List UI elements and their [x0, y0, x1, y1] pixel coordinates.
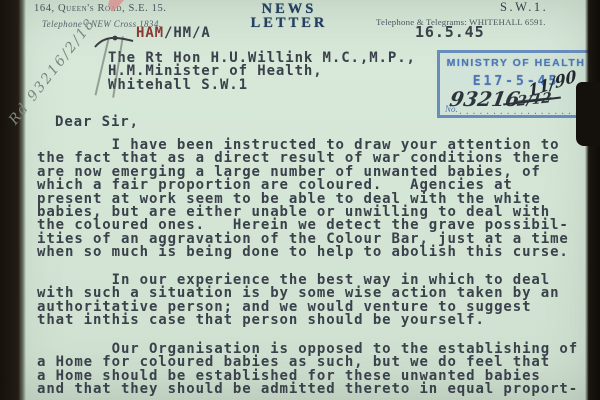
district-code: S.W.1.: [500, 0, 548, 15]
masthead-title: NEWS LETTER: [233, 2, 345, 30]
paragraph-2: In our experience the best way in which …: [37, 274, 559, 328]
photo-edge-left: [0, 0, 26, 400]
stamp-number-handwritten: 93216: [448, 87, 522, 111]
typed-date: 16.5.45: [415, 26, 485, 39]
reference-code-red: HAM: [136, 25, 164, 41]
pen-squiggle-icon: [93, 32, 137, 52]
scanned-letter: 164, Queen's Road, S.E. 15. Telephone : …: [0, 0, 600, 400]
recipient-address: The Rt Hon H.U.Willink M.C.,M.P., H.M.Mi…: [108, 52, 416, 92]
photo-edge-notch: [576, 82, 600, 146]
reference-code: HAM/HM/A: [136, 27, 211, 40]
return-address: 164, Queen's Road, S.E. 15.: [34, 3, 167, 14]
paragraph-3: Our Organisation is opposed to the estab…: [37, 343, 578, 397]
reference-code-black: /HM/A: [164, 25, 211, 41]
photo-edge-right: [585, 0, 600, 400]
masthead-word-letter: LETTER: [233, 16, 345, 30]
masthead-word-news: NEWS: [233, 2, 345, 16]
paragraph-1: I have been instructed to draw your atte…: [37, 139, 569, 260]
salutation: Dear Sir,: [55, 116, 139, 129]
